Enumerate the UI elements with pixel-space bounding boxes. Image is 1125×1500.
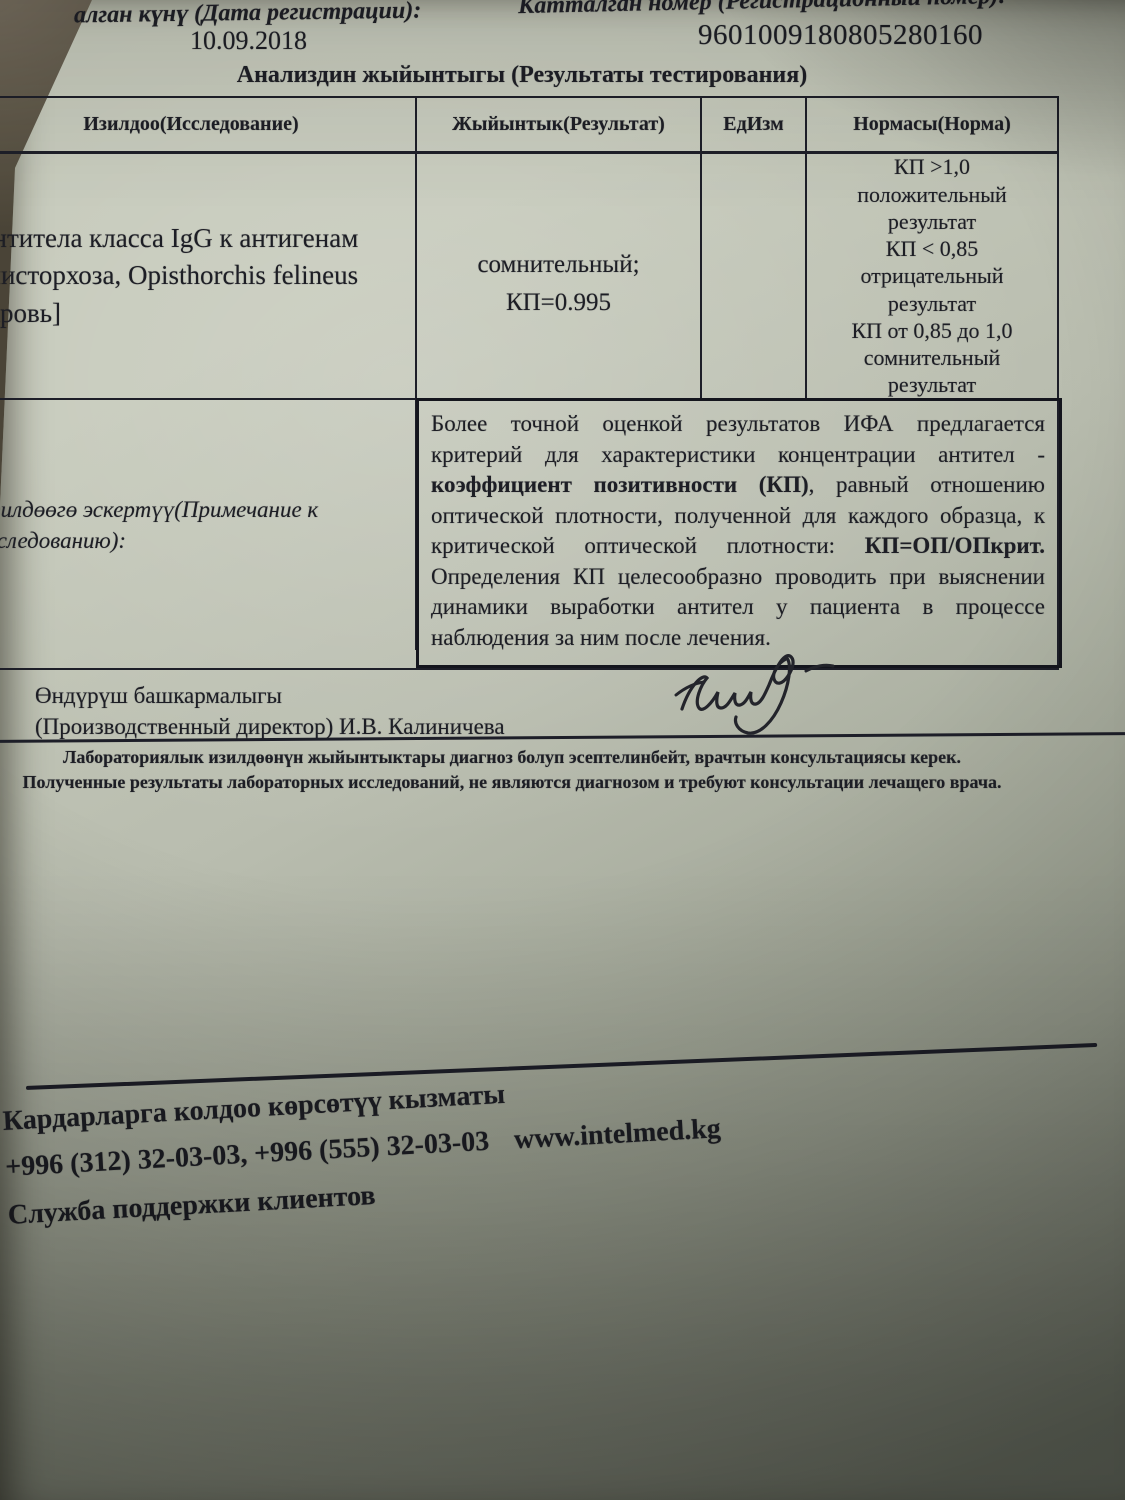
- column-header-study: Изилдоо(Исследование): [0, 98, 417, 154]
- norm-line: положительный: [857, 181, 1007, 208]
- result-kp-value: КП=0.995: [506, 284, 611, 322]
- signature-handwriting: [668, 645, 848, 745]
- note-text-bold-kp: коэффициент позитивности (КП): [431, 472, 809, 497]
- photographed-lab-report: алган күнү (Дата регистрации): 10.09.201…: [0, 0, 1125, 1500]
- norm-line: КП < 0,85: [886, 235, 978, 262]
- norm-line: результат: [888, 208, 976, 235]
- norm-line: результат: [888, 371, 976, 398]
- results-table: Изилдоо(Исследование) Жыйынтык(Результат…: [0, 96, 1059, 670]
- note-text-part: Определения КП целесообразно проводить п…: [431, 564, 1045, 650]
- test-name-cell: Антитела класса IgG к антигенам описторх…: [0, 154, 417, 400]
- unit-cell: [702, 154, 807, 400]
- note-text-bold-formula: КП=ОП/ОПкрит.: [865, 533, 1045, 558]
- study-note-text: Более точной оценкой результатов ИФА пре…: [416, 398, 1062, 668]
- registration-date-value: 10.09.2018: [190, 26, 307, 56]
- column-header-result: Жыйынтык(Результат): [417, 98, 702, 154]
- registration-date-label: алган күнү (Дата регистрации):: [74, 0, 422, 29]
- norm-line: КП >1,0: [894, 153, 970, 180]
- note-text-part: Более точной оценкой результатов ИФА пре…: [431, 411, 1045, 467]
- director-title-ky: Өндүрүш башкармалыгы: [35, 683, 282, 709]
- disclaimer-russian: Полученные результаты лабораторных иссле…: [0, 772, 1024, 793]
- registration-number-value: 9601009180805280160: [698, 19, 983, 52]
- norm-cell: КП >1,0 положительный результат КП < 0,8…: [807, 154, 1057, 400]
- test-result-cell: сомнительный; КП=0.995: [417, 154, 702, 400]
- support-website: www.intelmed.kg: [513, 1113, 721, 1155]
- result-verdict: сомнительный;: [477, 246, 639, 284]
- support-phones: +996 (312) 32-03-03, +996 (555) 32-03-03: [4, 1126, 489, 1183]
- study-note-label: Изилдөөгө эскертүү(Примечание к исследов…: [0, 400, 417, 650]
- norm-line: КП от 0,85 до 1,0: [851, 317, 1012, 344]
- page-title: Анализдин жыйынтыгы (Результаты тестиров…: [0, 62, 1044, 89]
- norm-line: отрицательный: [860, 262, 1003, 289]
- disclaimer-kyrgyz: Лабораториялык изилдөөнүн жыйынтыктары д…: [0, 747, 1024, 768]
- column-header-unit: ЕдИзм: [702, 98, 807, 154]
- norm-line: результат: [888, 290, 976, 317]
- column-header-norm: Нормасы(Норма): [807, 98, 1057, 154]
- norm-line: сомнительный: [864, 344, 1001, 371]
